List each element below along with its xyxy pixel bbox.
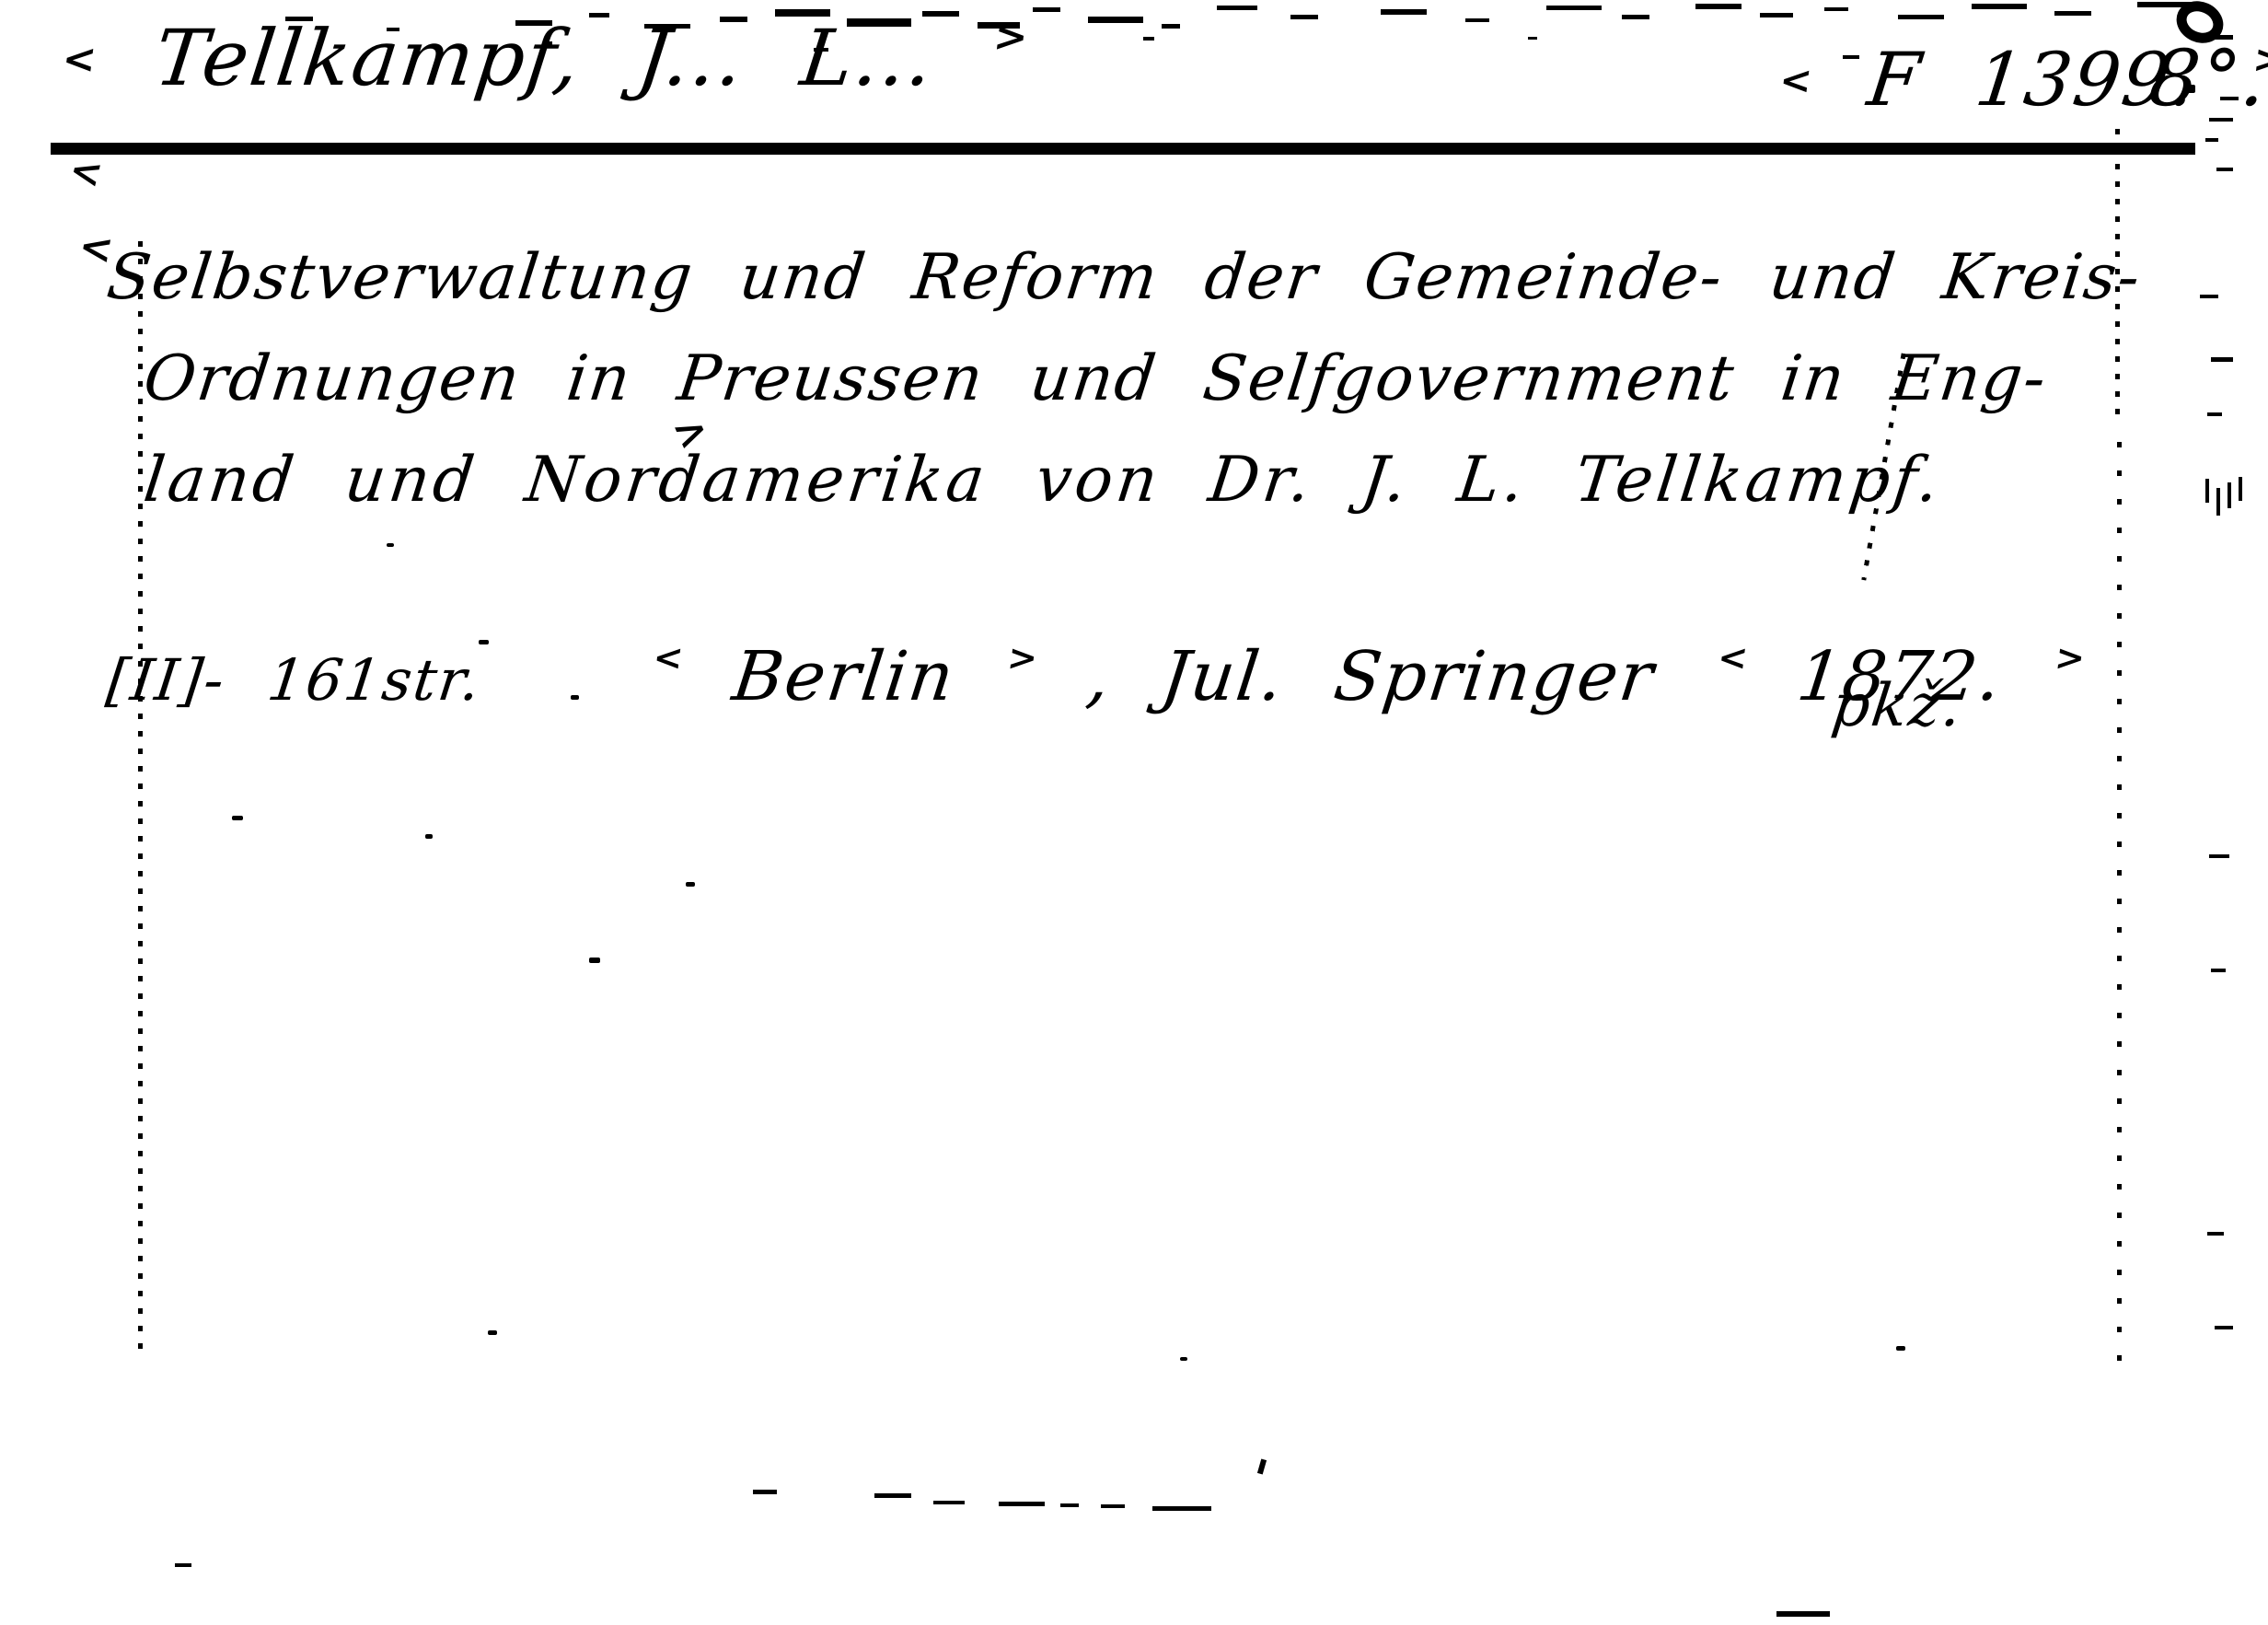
scan-noise-dash <box>2216 168 2233 171</box>
catalog-card: < Tellkampf, J... L... > < F 1399. > 8°.… <box>0 0 2268 1625</box>
scan-noise-dash <box>2209 118 2233 122</box>
scan-noise-dash <box>1152 1506 1211 1511</box>
insertion-mark: < <box>60 36 101 83</box>
scan-noise-dash <box>933 1501 965 1504</box>
ink-speck <box>232 816 243 820</box>
scan-noise-dash <box>1528 37 1537 40</box>
scan-noise-dash <box>874 1493 911 1498</box>
imprint-publisher: , Jul. Springer <box>1082 637 1659 716</box>
scan-noise-dash <box>175 1563 191 1567</box>
scan-noise-dash <box>2211 969 2226 972</box>
insertion-mark: > <box>2053 637 2089 679</box>
scan-noise-dash <box>814 48 828 52</box>
scan-noise-dash <box>2209 854 2229 858</box>
scan-noise-dash <box>2054 11 2091 16</box>
scan-noise-dash <box>922 11 959 17</box>
scan-noise-dash <box>2209 35 2233 40</box>
format-size: 8°. <box>2145 33 2268 123</box>
scan-noise-dash <box>753 1490 777 1494</box>
right-margin-dotted-line <box>2117 442 2122 1372</box>
scan-noise-dash <box>1033 7 1060 12</box>
scan-noise-dash <box>2207 1232 2224 1236</box>
scan-noise-dash <box>1546 6 1602 10</box>
format-value: 8°. <box>2145 33 2268 123</box>
scan-noise-dash <box>720 17 747 22</box>
scan-noise-dash <box>285 17 313 21</box>
scan-noise-dash <box>2215 1326 2233 1329</box>
scan-noise-dash <box>2211 357 2233 362</box>
scan-noise-dash <box>1217 6 1257 10</box>
scan-noise-dash <box>515 20 552 26</box>
scan-noise-dash <box>847 18 911 27</box>
title-line-3: land und Nordamerika von Dr. J. L. Tellk… <box>140 444 1946 517</box>
scan-noise-dash <box>387 28 399 31</box>
collation: [II]- 161str. <box>103 646 485 714</box>
scan-noise-dash <box>1824 7 1848 11</box>
scan-noise-dash <box>1162 24 1180 29</box>
scan-noise-dash <box>2200 295 2218 298</box>
scan-noise-tick <box>2216 488 2220 516</box>
scan-noise-dash <box>644 24 690 29</box>
ink-speck <box>1180 1357 1187 1361</box>
ink-speck <box>1896 1346 1905 1351</box>
scan-noise-dash <box>1898 15 1944 19</box>
scan-noise-dash <box>1622 15 1649 19</box>
scan-noise-dash <box>1060 1503 1079 1507</box>
scan-noise-tick <box>1257 1458 1267 1474</box>
insertion-mark: < <box>1716 637 1753 679</box>
scan-noise-dash <box>1101 1504 1125 1508</box>
ink-speck <box>488 1330 497 1335</box>
ink-speck <box>425 834 433 839</box>
scan-noise-dash <box>2205 138 2218 142</box>
insertion-mark: < <box>651 637 688 679</box>
scan-noise-dash <box>1972 4 2027 9</box>
scan-noise-dash <box>589 13 609 17</box>
insertion-mark: < <box>1777 58 1817 103</box>
scan-noise-dash <box>978 22 1020 29</box>
ink-speck <box>589 958 600 963</box>
ink-speck <box>571 695 579 700</box>
ink-speck <box>479 640 489 644</box>
scan-noise-dash <box>2207 412 2222 416</box>
scan-noise-dash <box>775 9 830 17</box>
scan-noise-tick <box>2205 479 2209 503</box>
title-line-1: Selbstverwaltung und Reform der Gemeinde… <box>103 241 2146 314</box>
insertion-mark: > <box>1005 637 1042 679</box>
scan-noise-dash <box>1143 37 1154 41</box>
scan-noise-dash <box>1760 13 1793 17</box>
imprint-place: Berlin <box>728 637 959 716</box>
title-line-2: Ordnungen in Preussen und Selfgovernment… <box>140 342 2052 415</box>
insertion-mark: > <box>991 14 1033 61</box>
scan-noise-dash <box>1695 4 1741 9</box>
author-name: Tellkampf, J... L... <box>150 13 940 103</box>
scan-noise-dash <box>1381 9 1427 15</box>
header-rule <box>51 143 2195 155</box>
scan-noise-dash <box>1290 15 1318 19</box>
scan-noise-tick <box>2239 477 2242 501</box>
scan-noise-dash <box>2137 2 2202 7</box>
scan-noise-tick <box>2227 482 2231 508</box>
scan-noise-dash <box>543 41 552 45</box>
ink-speck <box>2187 85 2195 93</box>
scan-noise-dash <box>2220 97 2239 100</box>
scan-noise-dash <box>1088 17 1143 23</box>
scan-noise-dash <box>1465 18 1489 22</box>
scan-noise-dash <box>1776 1611 1830 1617</box>
cataloguer-note: pkž. <box>1828 672 1967 740</box>
scan-noise-dash <box>999 1502 1045 1506</box>
ink-speck <box>387 543 394 547</box>
ink-speck <box>686 882 695 887</box>
scan-noise-dash <box>1843 55 1859 59</box>
